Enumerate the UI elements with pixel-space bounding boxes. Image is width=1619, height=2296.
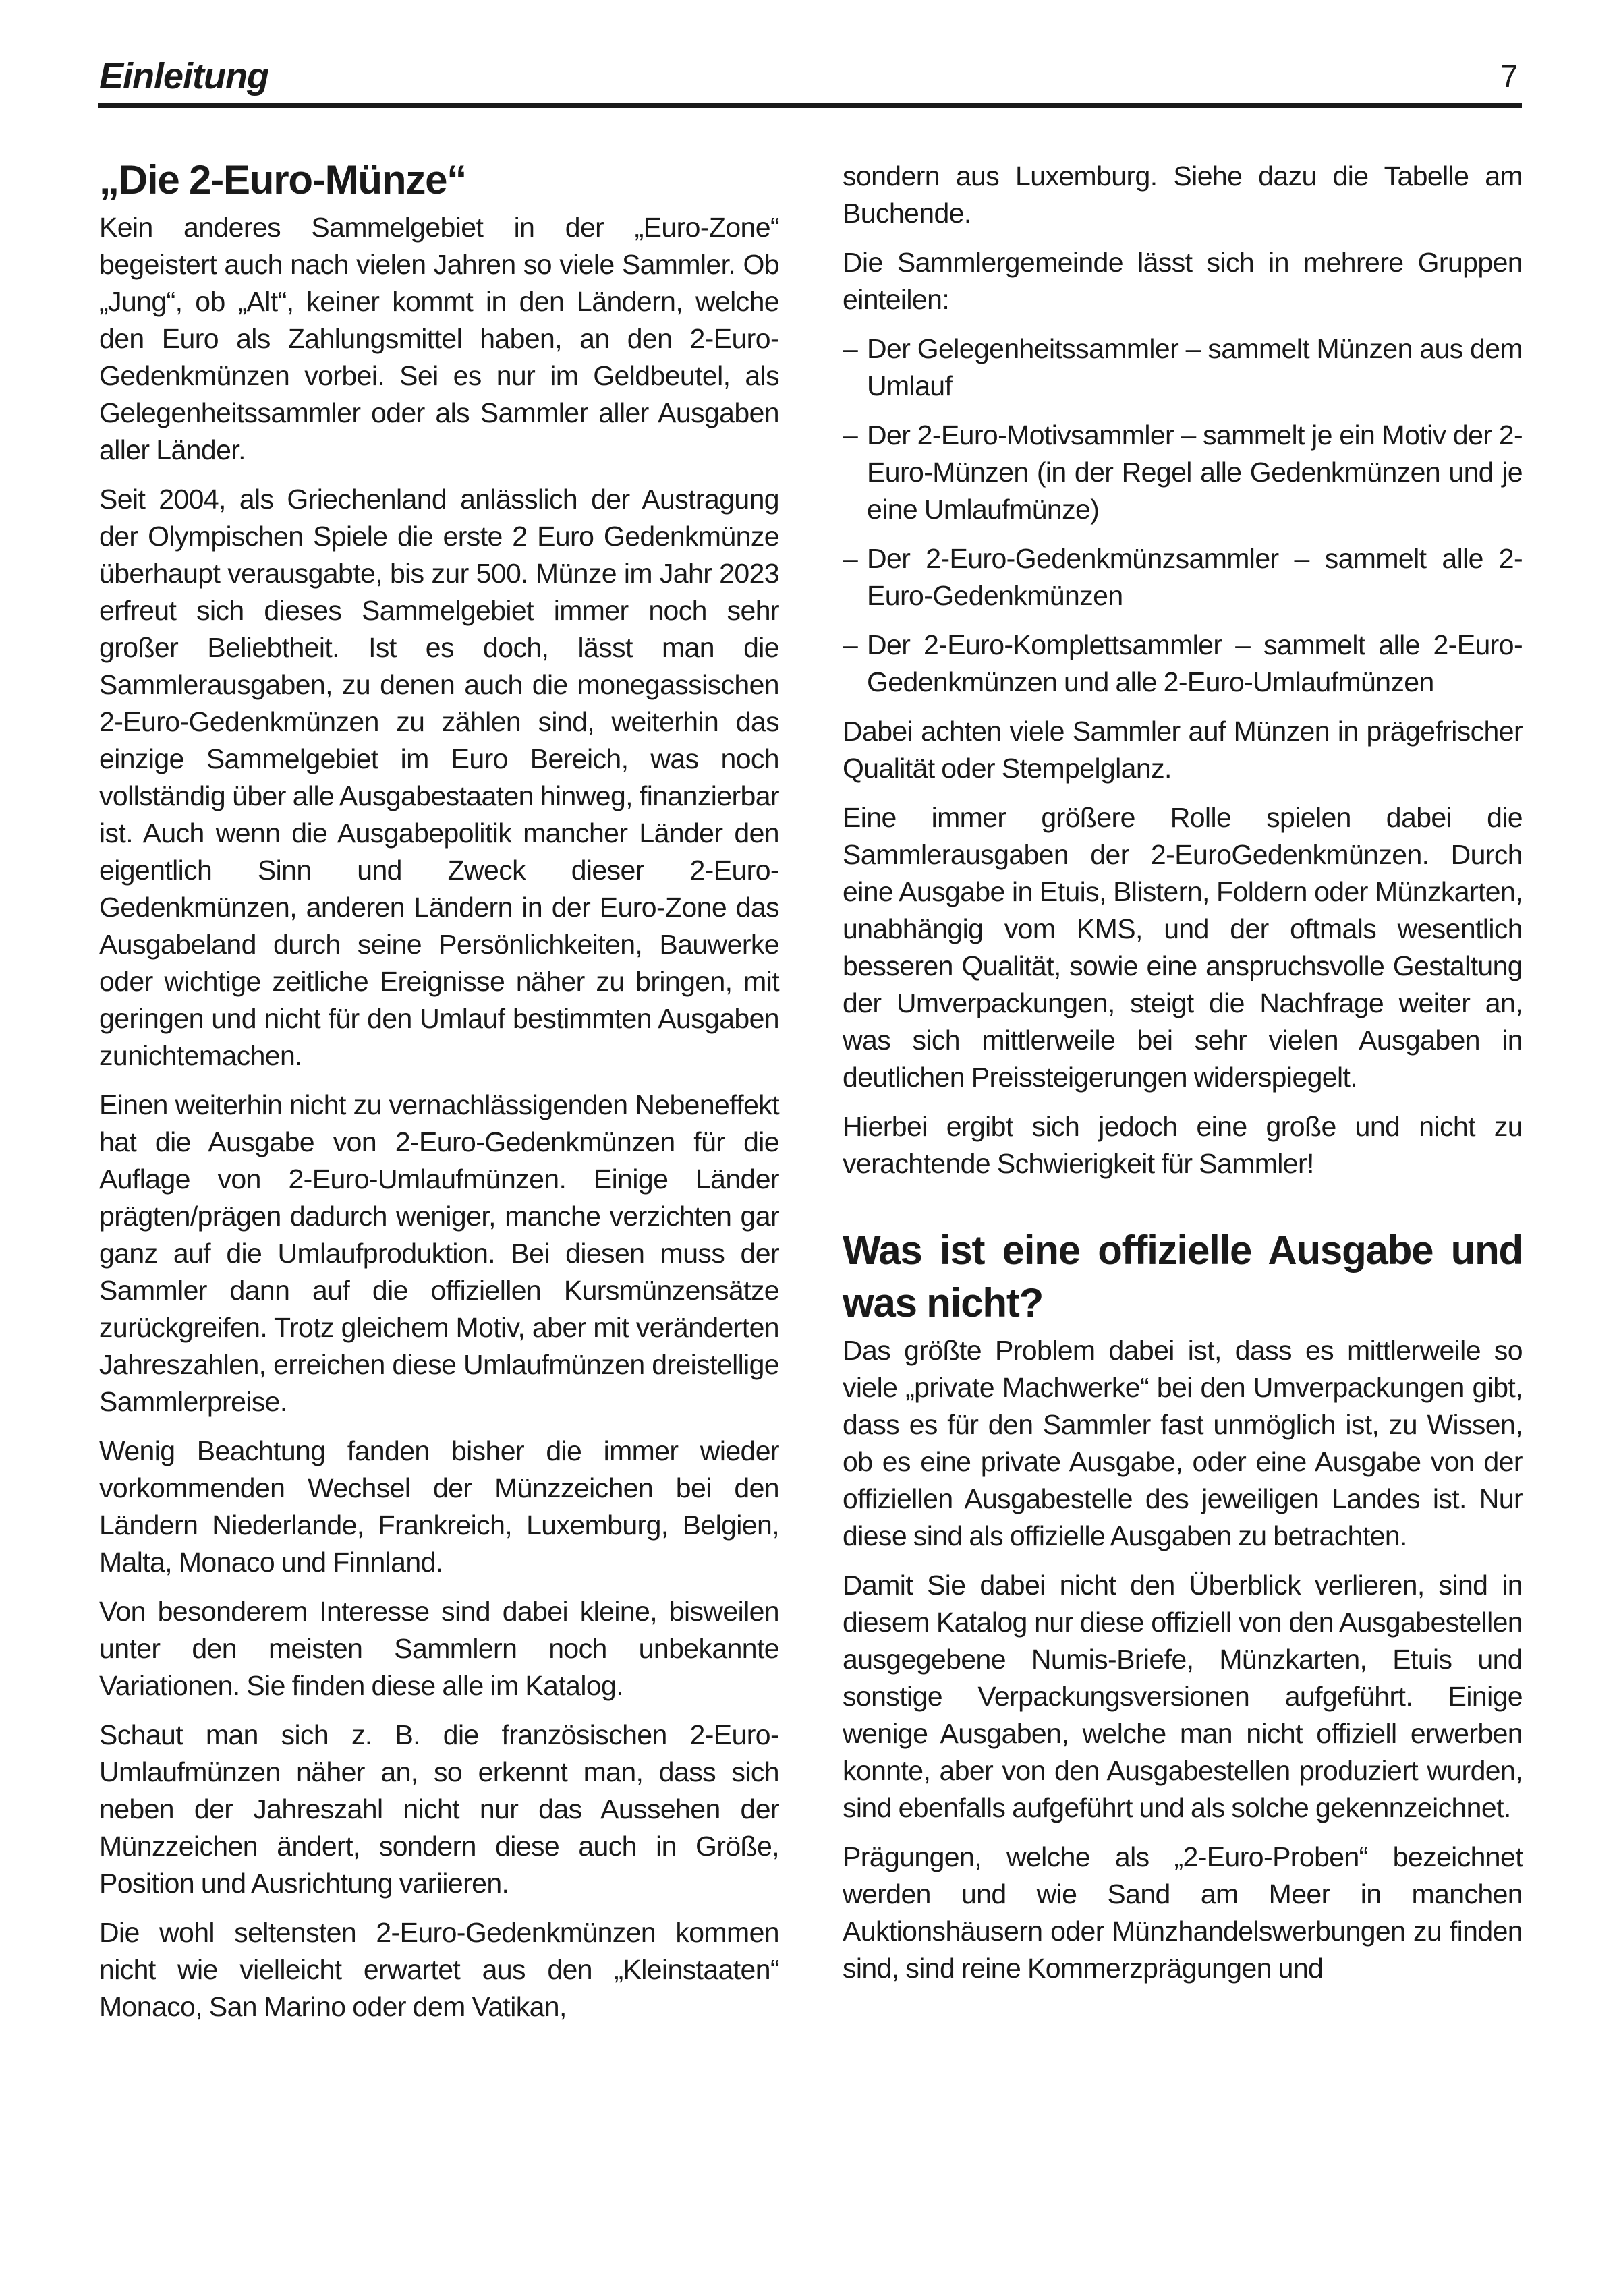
list-item: –Der Gelegenheitssammler – sammelt Münze… — [843, 331, 1523, 405]
paragraph: Das größte Problem dabei ist, dass es mi… — [843, 1332, 1523, 1555]
paragraph: Eine immer größere Rolle spielen dabei d… — [843, 799, 1523, 1096]
dash-bullet-icon: – — [843, 540, 857, 577]
dash-bullet-icon: – — [843, 417, 857, 454]
list-item-text: Der 2-Euro-Gedenkmünzsammler – sammelt a… — [867, 543, 1523, 611]
collector-groups-list: –Der Gelegenheitssammler – sammelt Münze… — [843, 331, 1523, 701]
paragraph: Schaut man sich z. B. die französischen … — [99, 1717, 779, 1902]
left-column: „Die 2-Euro-Münze“ Kein anderes Sammelge… — [99, 154, 779, 2038]
paragraph: Kein anderes Sammelgebiet in der „Euro-Z… — [99, 209, 779, 469]
paragraph: Dabei achten viele Sammler auf Münzen in… — [843, 713, 1523, 787]
running-title: Einleitung — [99, 53, 268, 100]
dash-bullet-icon: – — [843, 331, 857, 368]
paragraph: Einen weiterhin nicht zu vernachlässigen… — [99, 1087, 779, 1420]
paragraph: Damit Sie dabei nicht den Überblick verl… — [843, 1567, 1523, 1827]
section-heading-official-issue: Was ist eine offizielle Ausgabe und was … — [843, 1224, 1523, 1329]
list-item-text: Der Gelegenheitssammler – sammelt Münzen… — [867, 333, 1523, 401]
paragraph: Die wohl seltensten 2-Euro-Gedenkmünzen … — [99, 1914, 779, 2026]
paragraph: Von besonderem Interesse sind dabei klei… — [99, 1593, 779, 1704]
list-item: –Der 2-Euro-Komplettsammler – sammelt al… — [843, 627, 1523, 701]
list-item: –Der 2-Euro-Gedenkmünzsammler – sammelt … — [843, 540, 1523, 614]
paragraph: Prägungen, welche als „2-Euro-Proben“ be… — [843, 1839, 1523, 1987]
paragraph: Die Sammlergemeinde lässt sich in mehrer… — [843, 244, 1523, 318]
section-heading-2-euro-coin: „Die 2-Euro-Münze“ — [99, 154, 779, 206]
paragraph: sondern aus Luxemburg. Siehe dazu die Ta… — [843, 158, 1523, 232]
right-column: sondern aus Luxemburg. Siehe dazu die Ta… — [843, 158, 1523, 1999]
list-item-text: Der 2-Euro-Komplettsammler – sammelt all… — [867, 629, 1523, 697]
paragraph: Wenig Beachtung fanden bisher die immer … — [99, 1433, 779, 1581]
list-item: –Der 2-Euro-Motivsammler – sammelt je ei… — [843, 417, 1523, 528]
paragraph: Hierbei ergibt sich jedoch eine große un… — [843, 1108, 1523, 1182]
dash-bullet-icon: – — [843, 627, 857, 664]
paragraph: Seit 2004, als Griechenland anlässlich d… — [99, 481, 779, 1074]
list-item-text: Der 2-Euro-Motivsammler – sammelt je ein… — [867, 420, 1523, 525]
running-header: Einleitung 7 — [98, 53, 1522, 100]
header-rule — [98, 103, 1522, 108]
page-number: 7 — [1500, 53, 1518, 100]
